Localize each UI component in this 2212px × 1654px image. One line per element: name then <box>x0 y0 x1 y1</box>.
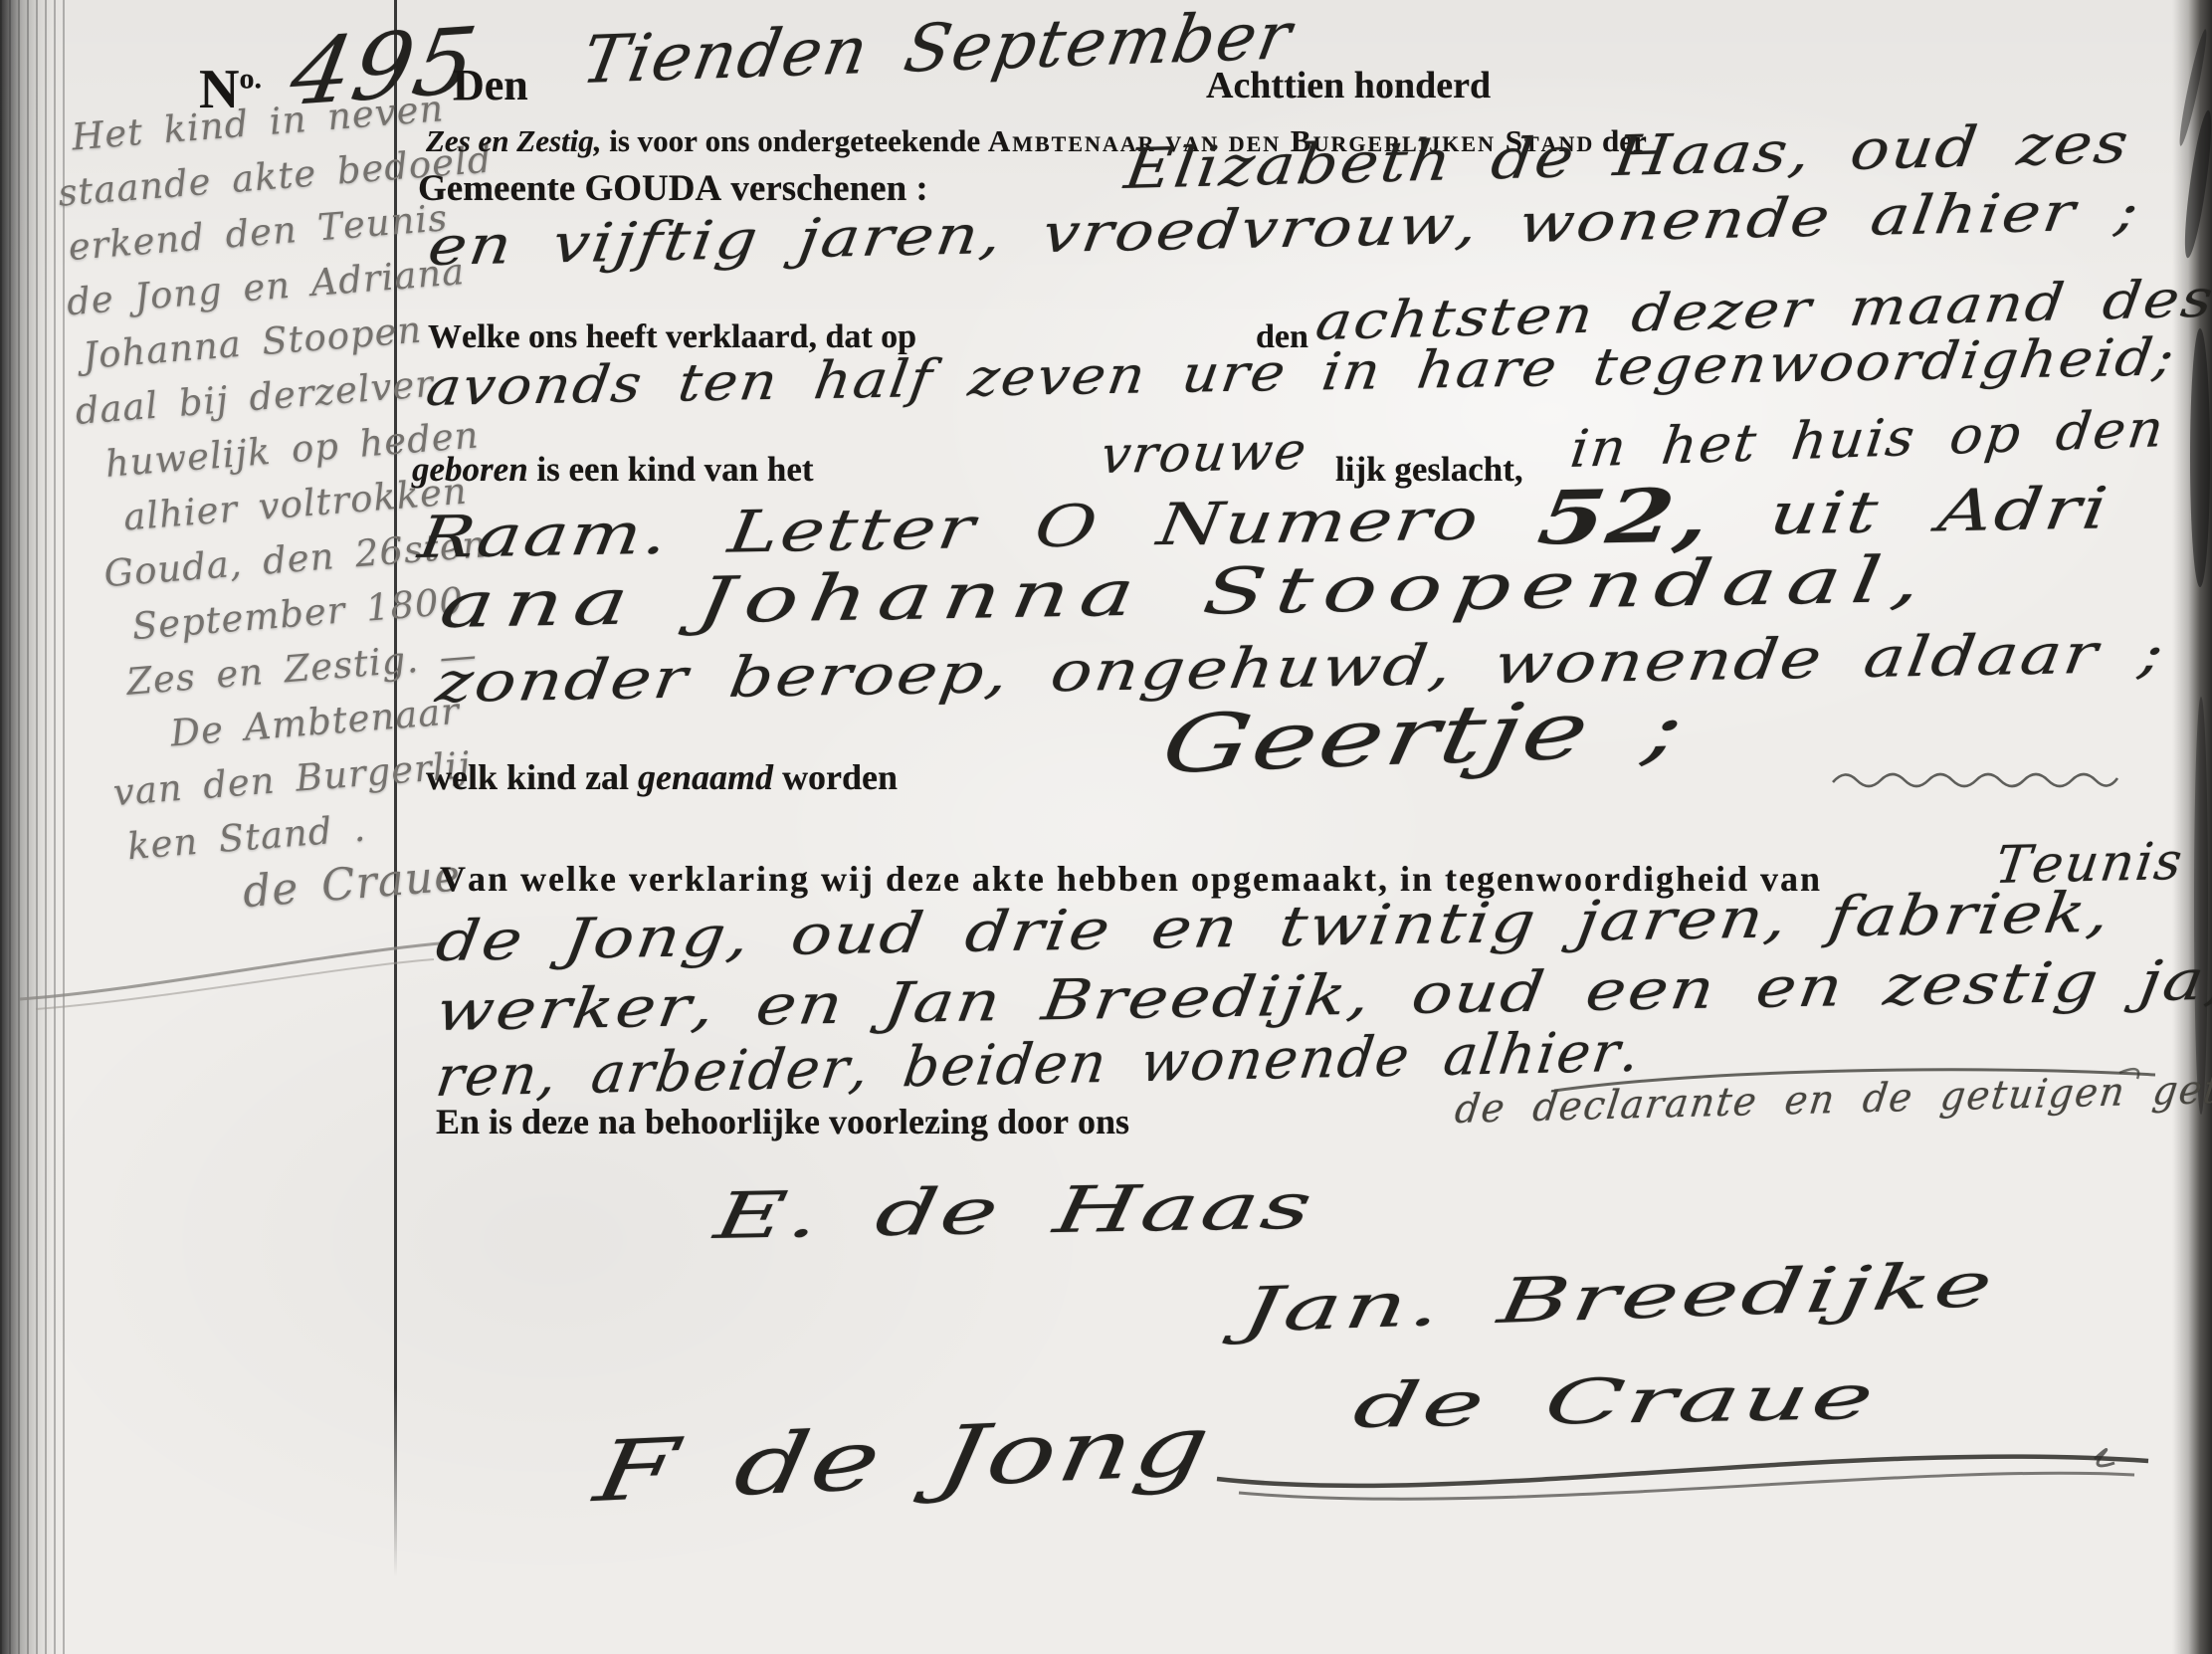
handwritten-child-name: Geertje ; <box>1155 681 1693 791</box>
signature-swoosh <box>1209 1423 2164 1513</box>
ink-blotch <box>2194 697 2208 1115</box>
binding-edge-left <box>0 0 66 1654</box>
printed-closing: En is deze na behoorlijke voorlezing doo… <box>436 1101 1129 1142</box>
printed-name-line: welk kind zal genaamd worden <box>426 756 898 798</box>
margin-flourish <box>16 933 444 1013</box>
printed-name-1: welk kind zal <box>426 757 629 797</box>
printed-born-line: geboren is een kind van het <box>412 450 814 490</box>
printed-year-1: Achttien honderd <box>1206 64 1491 107</box>
act-number-sup: o. <box>239 62 262 95</box>
signature-witness-jan: Jan. Breedijke <box>1238 1248 2000 1346</box>
handwritten-date: Tienden September <box>577 0 1300 99</box>
printed-gemeente: Gemeente GOUDA verschenen : <box>418 167 928 210</box>
printed-den: Den <box>453 60 528 110</box>
printed-geboren: geboren <box>412 450 528 489</box>
wavy-flourish <box>1831 766 2119 794</box>
printed-registrar-mid: is voor ons ondergeteekende <box>609 123 980 158</box>
ink-blotch <box>2190 328 2210 587</box>
printed-name-2: genaamd <box>638 757 773 797</box>
handwritten-gender: vrouwe <box>1098 422 1311 486</box>
printed-name-3: worden <box>782 757 898 797</box>
birth-record-scan: No. 495 Het kind in neven staande akte b… <box>0 0 2212 1654</box>
handwritten-address-uit: uit Adri <box>1766 474 2114 547</box>
printed-born-rest: is een kind van het <box>536 450 813 489</box>
margin-note: Het kind in neven staande akte bedoeld e… <box>52 84 474 930</box>
signature-witness-f: F de Jong <box>588 1396 1219 1521</box>
printed-year-2: Zes en Zestig, <box>426 123 602 158</box>
signature-declarant: E. de Haas <box>709 1170 1319 1254</box>
